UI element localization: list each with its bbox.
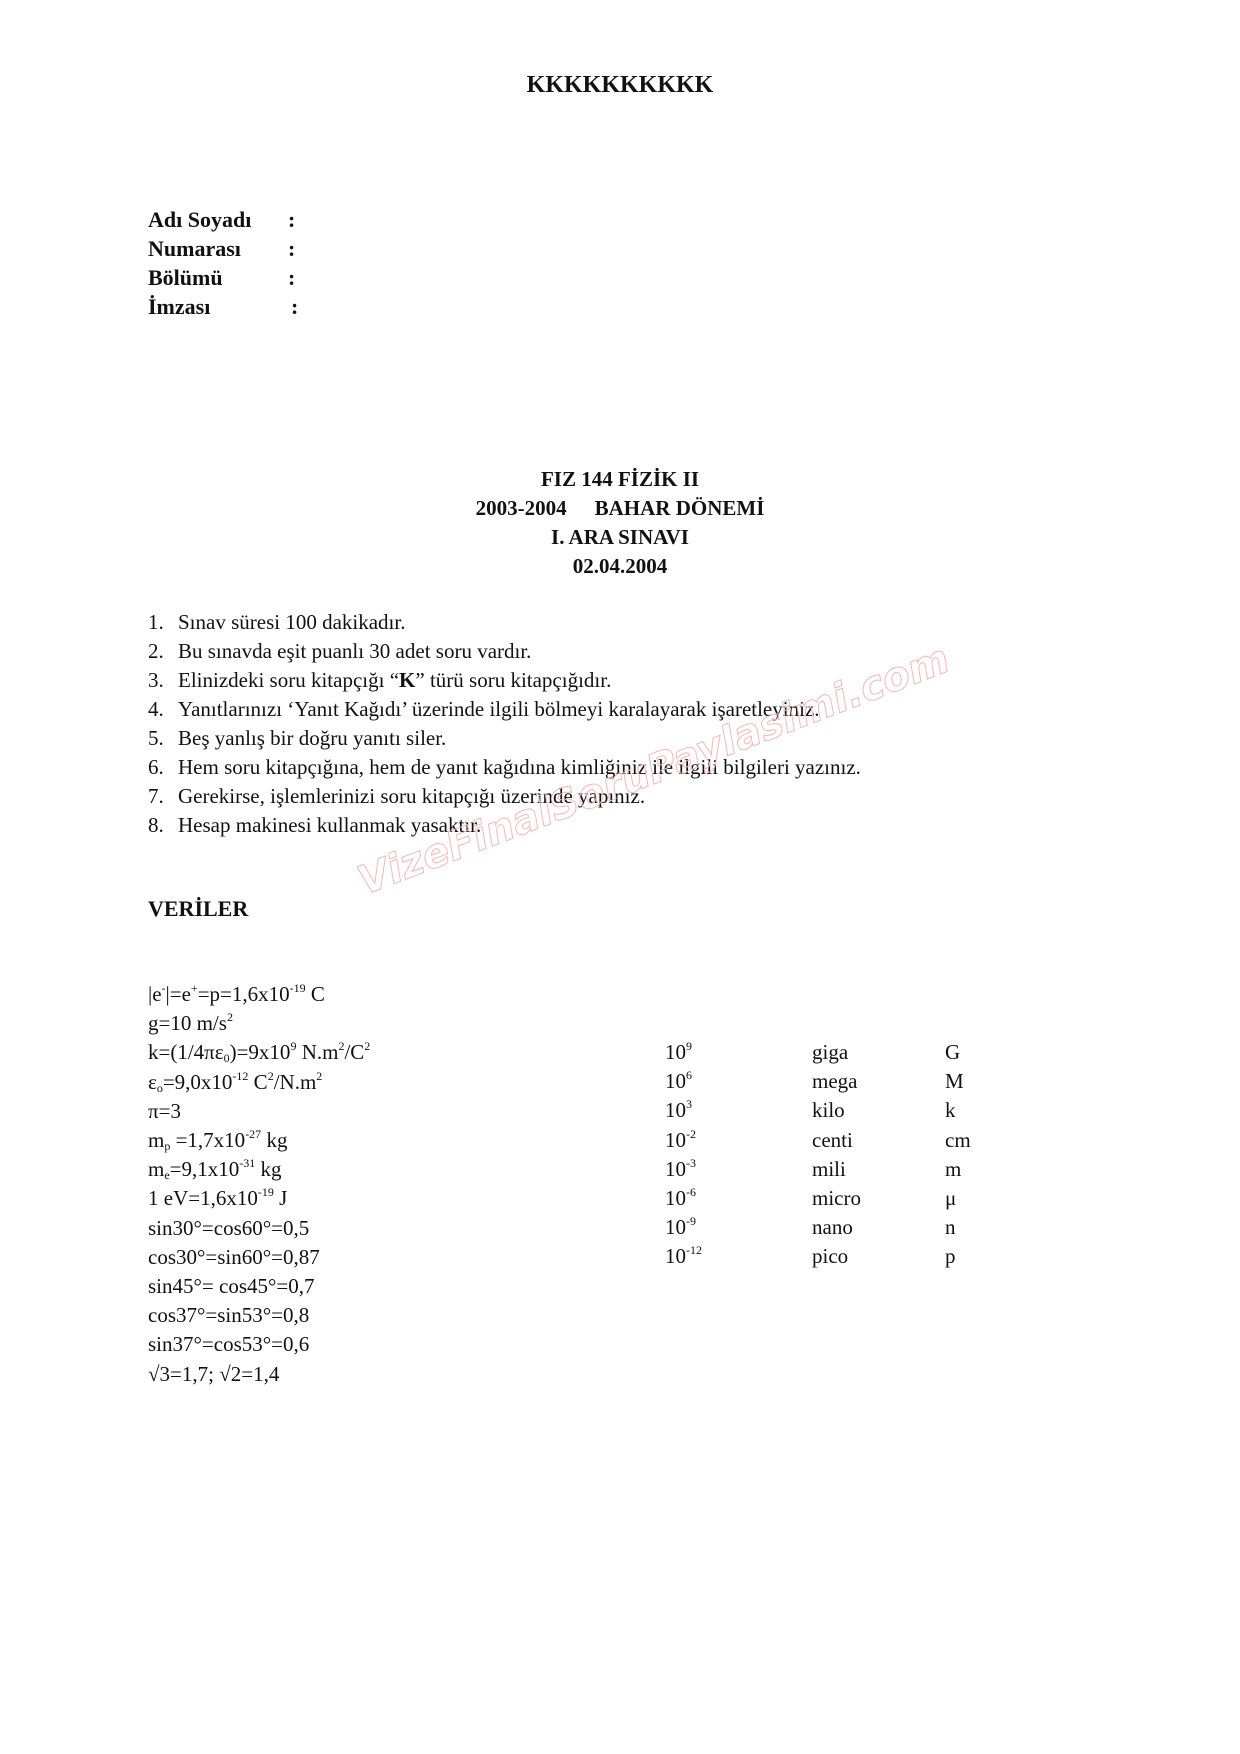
prefix-power: 10-12 [665, 1242, 812, 1271]
constant-item: mp =1,7x10-27 kg [148, 1126, 370, 1155]
constant-item: k=(1/4πε0)=9x109 N.m2/C2 [148, 1038, 370, 1067]
prefix-name: centi [812, 1126, 945, 1155]
constant-item: me=9,1x10-31 kg [148, 1155, 370, 1184]
prefix-symbol: k [945, 1096, 956, 1125]
exam-name: I. ARA SINAVI [0, 523, 1240, 552]
prefix-power: 10-2 [665, 1126, 812, 1155]
constant-item: εo=9,0x10-12 C2/N.m2 [148, 1068, 370, 1097]
prefix-power: 109 [665, 1038, 812, 1067]
prefix-name: pico [812, 1242, 945, 1271]
si-prefix-table: 109gigaG106megaM103kilok10-2centicm10-3m… [665, 1038, 971, 1272]
rule-number: 6. [148, 753, 178, 782]
constant-item: |e-|=e+=p=1,6x10-19 C [148, 980, 370, 1009]
prefix-power: 10-6 [665, 1184, 812, 1213]
rule-text: Beş yanlış bir doğru yanıtı siler. [178, 724, 446, 753]
constant-item: cos37°=sin53°=0,8 [148, 1301, 370, 1330]
prefix-symbol: p [945, 1242, 956, 1271]
constant-item: sin45°= cos45°=0,7 [148, 1272, 370, 1301]
rule-text: Hem soru kitapçığına, hem de yanıt kağıd… [178, 753, 861, 782]
rule-text: Bu sınavda eşit puanlı 30 adet soru vard… [178, 637, 531, 666]
prefix-row: 10-2centicm [665, 1126, 971, 1155]
prefix-symbol: μ [945, 1184, 956, 1213]
prefix-name: kilo [812, 1096, 945, 1125]
prefix-symbol: cm [945, 1126, 971, 1155]
prefix-name: giga [812, 1038, 945, 1067]
prefix-row: 10-6microμ [665, 1184, 971, 1213]
rule-text: Elinizdeki soru kitapçığı “K” türü soru … [178, 666, 611, 695]
prefix-name: mega [812, 1067, 945, 1096]
exam-date: 02.04.2004 [0, 552, 1240, 581]
prefix-row: 10-12picop [665, 1242, 971, 1271]
term-line: 2003-2004BAHAR DÖNEMİ [0, 494, 1240, 523]
prefix-symbol: m [945, 1155, 961, 1184]
field-signature: İmzası: [148, 292, 298, 321]
rule-number: 8. [148, 811, 178, 840]
prefix-power: 10-3 [665, 1155, 812, 1184]
prefix-power: 103 [665, 1096, 812, 1125]
rule-text: Sınav süresi 100 dakikadır. [178, 608, 405, 637]
prefix-name: mili [812, 1155, 945, 1184]
constants-list: |e-|=e+=p=1,6x10-19 Cg=10 m/s2k=(1/4πε0)… [148, 980, 370, 1389]
exam-header: FIZ 144 FİZİK II 2003-2004BAHAR DÖNEMİ I… [0, 465, 1240, 581]
rule-number: 2. [148, 637, 178, 666]
booklet-code: KKKKKKKKKK [0, 72, 1240, 99]
prefix-row: 106megaM [665, 1067, 971, 1096]
constant-item: cos30°=sin60°=0,87 [148, 1243, 370, 1272]
rule-number: 5. [148, 724, 178, 753]
rule-item: 6.Hem soru kitapçığına, hem de yanıt kağ… [148, 753, 861, 782]
rule-number: 3. [148, 666, 178, 695]
field-number: Numarası: [148, 234, 298, 263]
rule-item: 2.Bu sınavda eşit puanlı 30 adet soru va… [148, 637, 861, 666]
prefix-symbol: G [945, 1038, 960, 1067]
constant-item: √3=1,7; √2=1,4 [148, 1360, 370, 1389]
rule-number: 7. [148, 782, 178, 811]
constant-item: sin37°=cos53°=0,6 [148, 1330, 370, 1359]
constant-item: 1 eV=1,6x10-19 J [148, 1184, 370, 1213]
field-department: Bölümü: [148, 263, 298, 292]
prefix-symbol: n [945, 1213, 956, 1242]
rule-number: 4. [148, 695, 178, 724]
prefix-row: 10-9nanon [665, 1213, 971, 1242]
prefix-symbol: M [945, 1067, 964, 1096]
prefix-name: micro [812, 1184, 945, 1213]
prefix-power: 106 [665, 1067, 812, 1096]
student-info-fields: Adı Soyadı: Numarası: Bölümü: İmzası: [148, 205, 298, 321]
rule-number: 1. [148, 608, 178, 637]
section-title: VERİLER [148, 896, 248, 922]
prefix-name: nano [812, 1213, 945, 1242]
prefix-row: 109gigaG [665, 1038, 971, 1067]
rule-item: 1.Sınav süresi 100 dakikadır. [148, 608, 861, 637]
course-title: FIZ 144 FİZİK II [0, 465, 1240, 494]
prefix-row: 10-3milim [665, 1155, 971, 1184]
prefix-power: 10-9 [665, 1213, 812, 1242]
constant-item: sin30°=cos60°=0,5 [148, 1214, 370, 1243]
field-name: Adı Soyadı: [148, 205, 298, 234]
constant-item: π=3 [148, 1097, 370, 1126]
prefix-row: 103kilok [665, 1096, 971, 1125]
constant-item: g=10 m/s2 [148, 1009, 370, 1038]
rule-item: 3.Elinizdeki soru kitapçığı “K” türü sor… [148, 666, 861, 695]
